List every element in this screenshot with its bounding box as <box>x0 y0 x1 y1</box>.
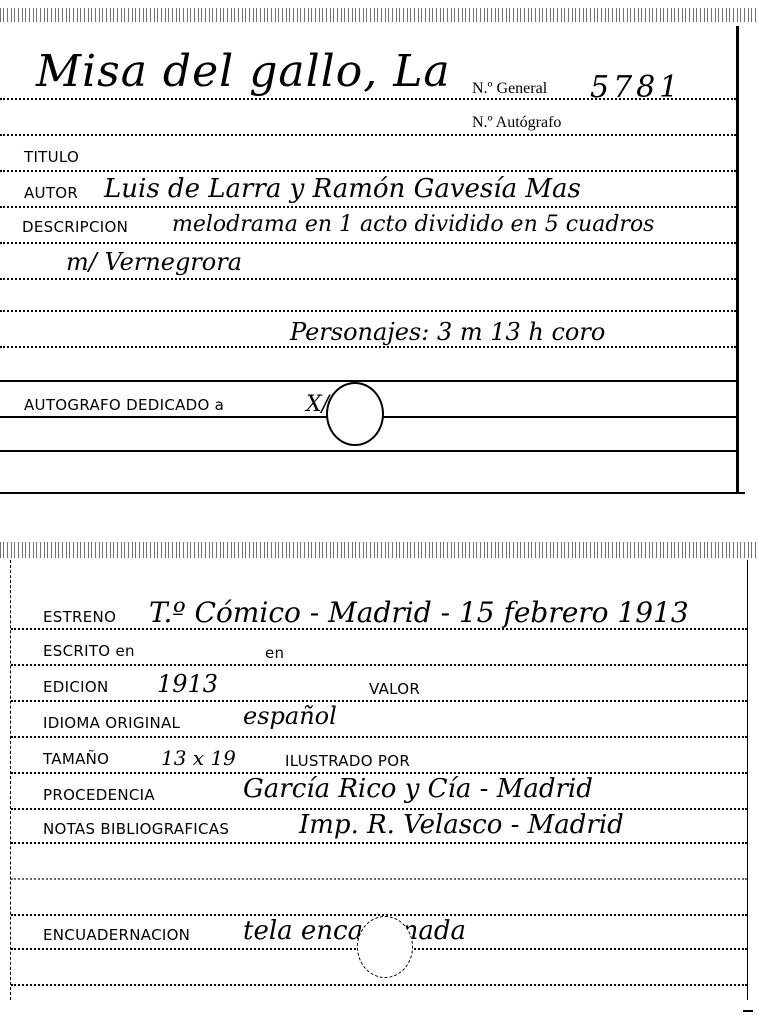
tamano-label: TAMAÑO <box>43 750 109 768</box>
scan-noise-band-top <box>0 8 759 22</box>
rule-line <box>0 98 736 100</box>
autograph-number-label: N.º Autógrafo <box>472 114 561 132</box>
estreno-value: T.º Cómico - Madrid - 15 febrero 1913 <box>149 596 689 629</box>
encuadernacion-label: ENCUADERNACION <box>43 926 190 944</box>
autografo-dedicado-label: AUTOGRAFO DEDICADO a <box>24 396 224 414</box>
hole-punch <box>357 916 413 978</box>
procedencia-value: García Rico y Cía - Madrid <box>243 774 593 804</box>
idioma-original-value: español <box>243 702 337 730</box>
rule-line <box>0 206 736 208</box>
personajes-value: Personajes: 3 m 13 h coro <box>290 318 605 346</box>
valor-label: VALOR <box>369 680 420 698</box>
rule-line <box>0 278 736 280</box>
rule-line <box>0 310 736 312</box>
rule-line <box>11 628 747 630</box>
estreno-label: ESTRENO <box>43 608 116 626</box>
rule-line <box>11 736 747 738</box>
ilustrado-por-label: ILUSTRADO POR <box>285 752 410 770</box>
edicion-value: 1913 <box>157 670 218 698</box>
hole-punch <box>326 382 384 446</box>
catalog-card-top: Misa del gallo, La N.º General 5781 N.º … <box>0 26 739 492</box>
rule-line <box>11 700 747 702</box>
rule-line <box>0 134 736 136</box>
descripcion-value-line2: m/ Vernegrora <box>66 248 242 276</box>
autor-label: AUTOR <box>24 184 78 202</box>
card-separator-line <box>0 492 745 494</box>
notas-bibliograficas-label: NOTAS BIBLIOGRAFICAS <box>43 820 229 838</box>
edge-mark <box>743 1010 753 1012</box>
notas-bibliograficas-value: Imp. R. Velasco - Madrid <box>299 810 624 840</box>
idioma-original-label: IDIOMA ORIGINAL <box>43 714 180 732</box>
titulo-label: TITULO <box>24 148 79 166</box>
procedencia-label: PROCEDENCIA <box>43 786 155 804</box>
descripcion-value-line1: melodrama en 1 acto dividido en 5 cuadro… <box>172 212 654 237</box>
rule-line <box>0 380 736 382</box>
general-number-label: N.º General <box>472 80 547 98</box>
descripcion-label: DESCRIPCION <box>22 218 128 236</box>
rule-line <box>0 346 736 348</box>
rule-line <box>0 450 736 452</box>
edicion-label: EDICION <box>43 678 108 696</box>
rule-line <box>0 170 736 172</box>
catalog-card-bottom: ESTRENO T.º Cómico - Madrid - 15 febrero… <box>10 560 748 1000</box>
tamano-value: 13 x 19 <box>161 746 236 770</box>
autor-value: Luis de Larra y Ramón Gavesía Mas <box>104 174 581 204</box>
rule-line <box>11 664 747 666</box>
rule-line <box>11 984 747 986</box>
rule-line <box>0 242 736 244</box>
encuadernacion-value: tela encartonada <box>243 916 466 946</box>
work-title-handwritten: Misa del gallo, La <box>36 46 451 97</box>
rule-line <box>11 842 747 844</box>
escrito-en-second-label: en <box>265 644 284 662</box>
scan-noise-band-middle <box>0 542 759 558</box>
escrito-en-label: ESCRITO en <box>43 642 135 660</box>
rule-line <box>11 878 747 880</box>
